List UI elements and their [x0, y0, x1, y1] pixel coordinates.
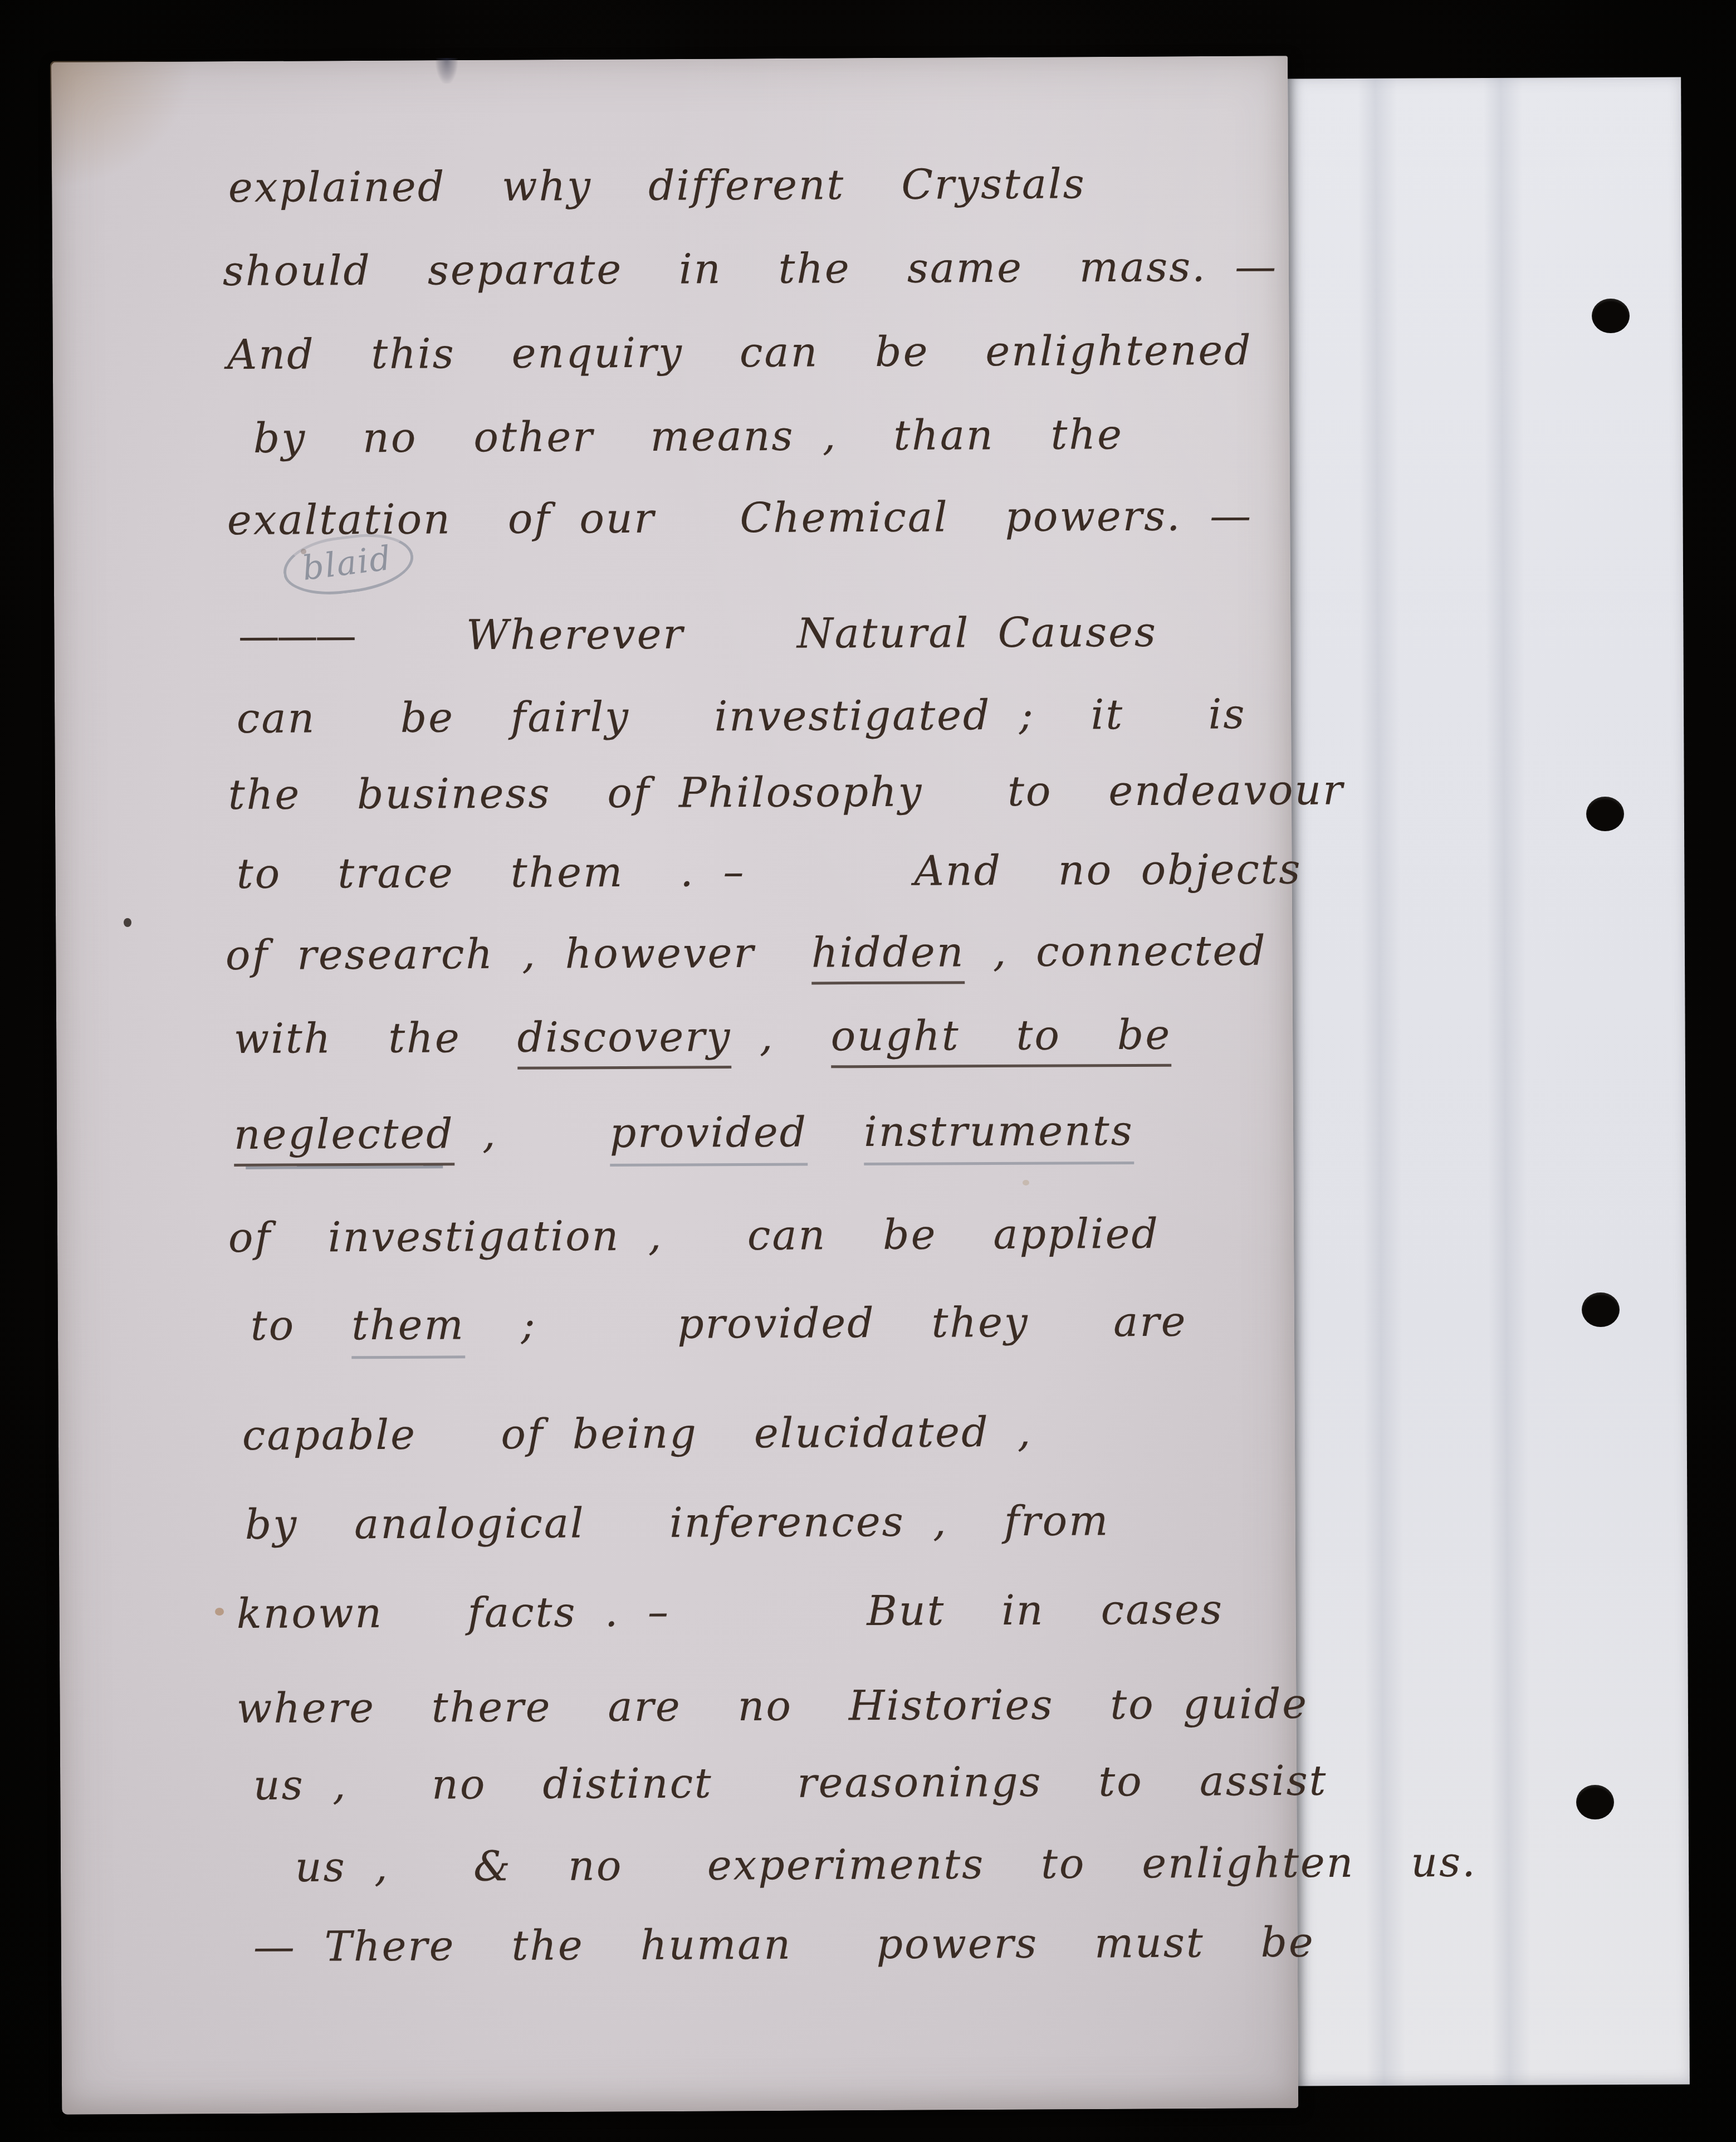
- pinhole: [124, 918, 131, 927]
- underlined-word: ought to be: [830, 1011, 1171, 1068]
- underlined-word: hidden: [811, 928, 965, 984]
- line-segment: , connected: [965, 927, 1266, 976]
- line-segment: with the: [234, 1014, 517, 1063]
- attachment-sheet: [1285, 77, 1690, 2086]
- manuscript-line: known facts . – But in cases: [237, 1589, 1224, 1634]
- line-segment: And this enquiry can be enlightened: [227, 326, 1253, 379]
- line-segment: can be fairly investigated ; it is: [237, 690, 1246, 743]
- line-segment: where there are no Histories to guide: [237, 1680, 1308, 1733]
- paper-stain: [215, 1608, 224, 1616]
- manuscript-line: where there are no Histories to guide: [237, 1684, 1308, 1729]
- underlined-word: discovery: [517, 1013, 731, 1070]
- manuscript-line: to them ; provided they are: [251, 1301, 1187, 1346]
- manuscript-line: — There the human powers must be: [253, 1922, 1315, 1968]
- line-segment: by analogical inferences , from: [245, 1497, 1110, 1549]
- line-segment: us , no distinct reasonings to assist: [253, 1757, 1328, 1809]
- line-segment: should separate in the same mass. —: [223, 243, 1278, 295]
- manuscript-line: with the discovery , ought to be: [234, 1014, 1171, 1060]
- line-segment: to: [251, 1301, 352, 1350]
- underlined-word: neglected: [234, 1110, 454, 1167]
- underlined-word: provided: [610, 1109, 808, 1167]
- manuscript-line: And this enquiry can be enlightened: [227, 330, 1253, 375]
- manuscript-line: capable of being elucidated ,: [242, 1412, 1033, 1456]
- manuscript-line: of research , however hidden , connected: [226, 930, 1267, 976]
- paper-stain: [301, 549, 306, 554]
- line-segment: capable of being elucidated ,: [242, 1408, 1033, 1460]
- manuscript-line: of investigation , can be applied: [228, 1213, 1160, 1258]
- line-segment: us , & no experiments to enlighten us.: [295, 1838, 1477, 1891]
- line-segment: ,: [731, 1012, 830, 1061]
- line-segment: to trace them . – And no objects: [237, 846, 1302, 898]
- worn-corner: [50, 60, 195, 189]
- line-segment: known facts . – But in cases: [237, 1585, 1224, 1638]
- paper-tear-mark: [436, 58, 458, 84]
- manuscript-line: us , no distinct reasonings to assist: [253, 1760, 1328, 1806]
- line-segment: explained why different Crystals: [228, 160, 1086, 212]
- manuscript-line: by no other means , than the: [253, 414, 1123, 459]
- punch-hole: [1576, 1785, 1614, 1819]
- line-segment: ,: [454, 1109, 610, 1158]
- underlined-word: instruments: [864, 1107, 1134, 1165]
- manuscript-line: should separate in the same mass. —: [223, 246, 1278, 292]
- manuscript-line: to trace them . – And no objects: [237, 849, 1302, 895]
- manuscript-line: explained why different Crystals: [228, 163, 1086, 208]
- underlined-word: them: [351, 1301, 465, 1359]
- line-segment: of investigation , can be applied: [228, 1210, 1160, 1262]
- manuscript-line: by analogical inferences , from: [245, 1500, 1110, 1545]
- line-segment: the business of Philosophy to endeavour: [228, 766, 1344, 819]
- line-segment: ———: [238, 612, 354, 660]
- punch-hole: [1592, 299, 1630, 333]
- sheet-crease: [1483, 78, 1531, 2085]
- manuscript-line: exaltation of our Chemical powers. —: [227, 495, 1253, 541]
- line-segment: — There the human powers must be: [253, 1919, 1315, 1971]
- manuscript-line: us , & no experiments to enlighten us.: [295, 1842, 1477, 1888]
- manuscript-line: neglected , provided instruments: [234, 1110, 1134, 1155]
- punch-hole: [1582, 1292, 1620, 1327]
- punch-hole: [1586, 797, 1624, 831]
- line-segment: ; provided they are: [465, 1298, 1187, 1349]
- line-segment: by no other means , than the: [253, 411, 1123, 462]
- line-segment: Wherever Natural Causes: [354, 608, 1157, 660]
- scanned-document: explained why different Crystalsshould s…: [0, 0, 1736, 2142]
- manuscript-line: can be fairly investigated ; it is: [237, 694, 1246, 739]
- line-segment: [808, 1108, 864, 1156]
- manuscript-line: ——— Wherever Natural Causes: [238, 612, 1157, 657]
- paper-stain: [1023, 1180, 1029, 1185]
- manuscript-line: the business of Philosophy to endeavour: [228, 769, 1344, 816]
- sheet-crease: [1358, 79, 1406, 2086]
- line-segment: of research , however: [226, 929, 811, 979]
